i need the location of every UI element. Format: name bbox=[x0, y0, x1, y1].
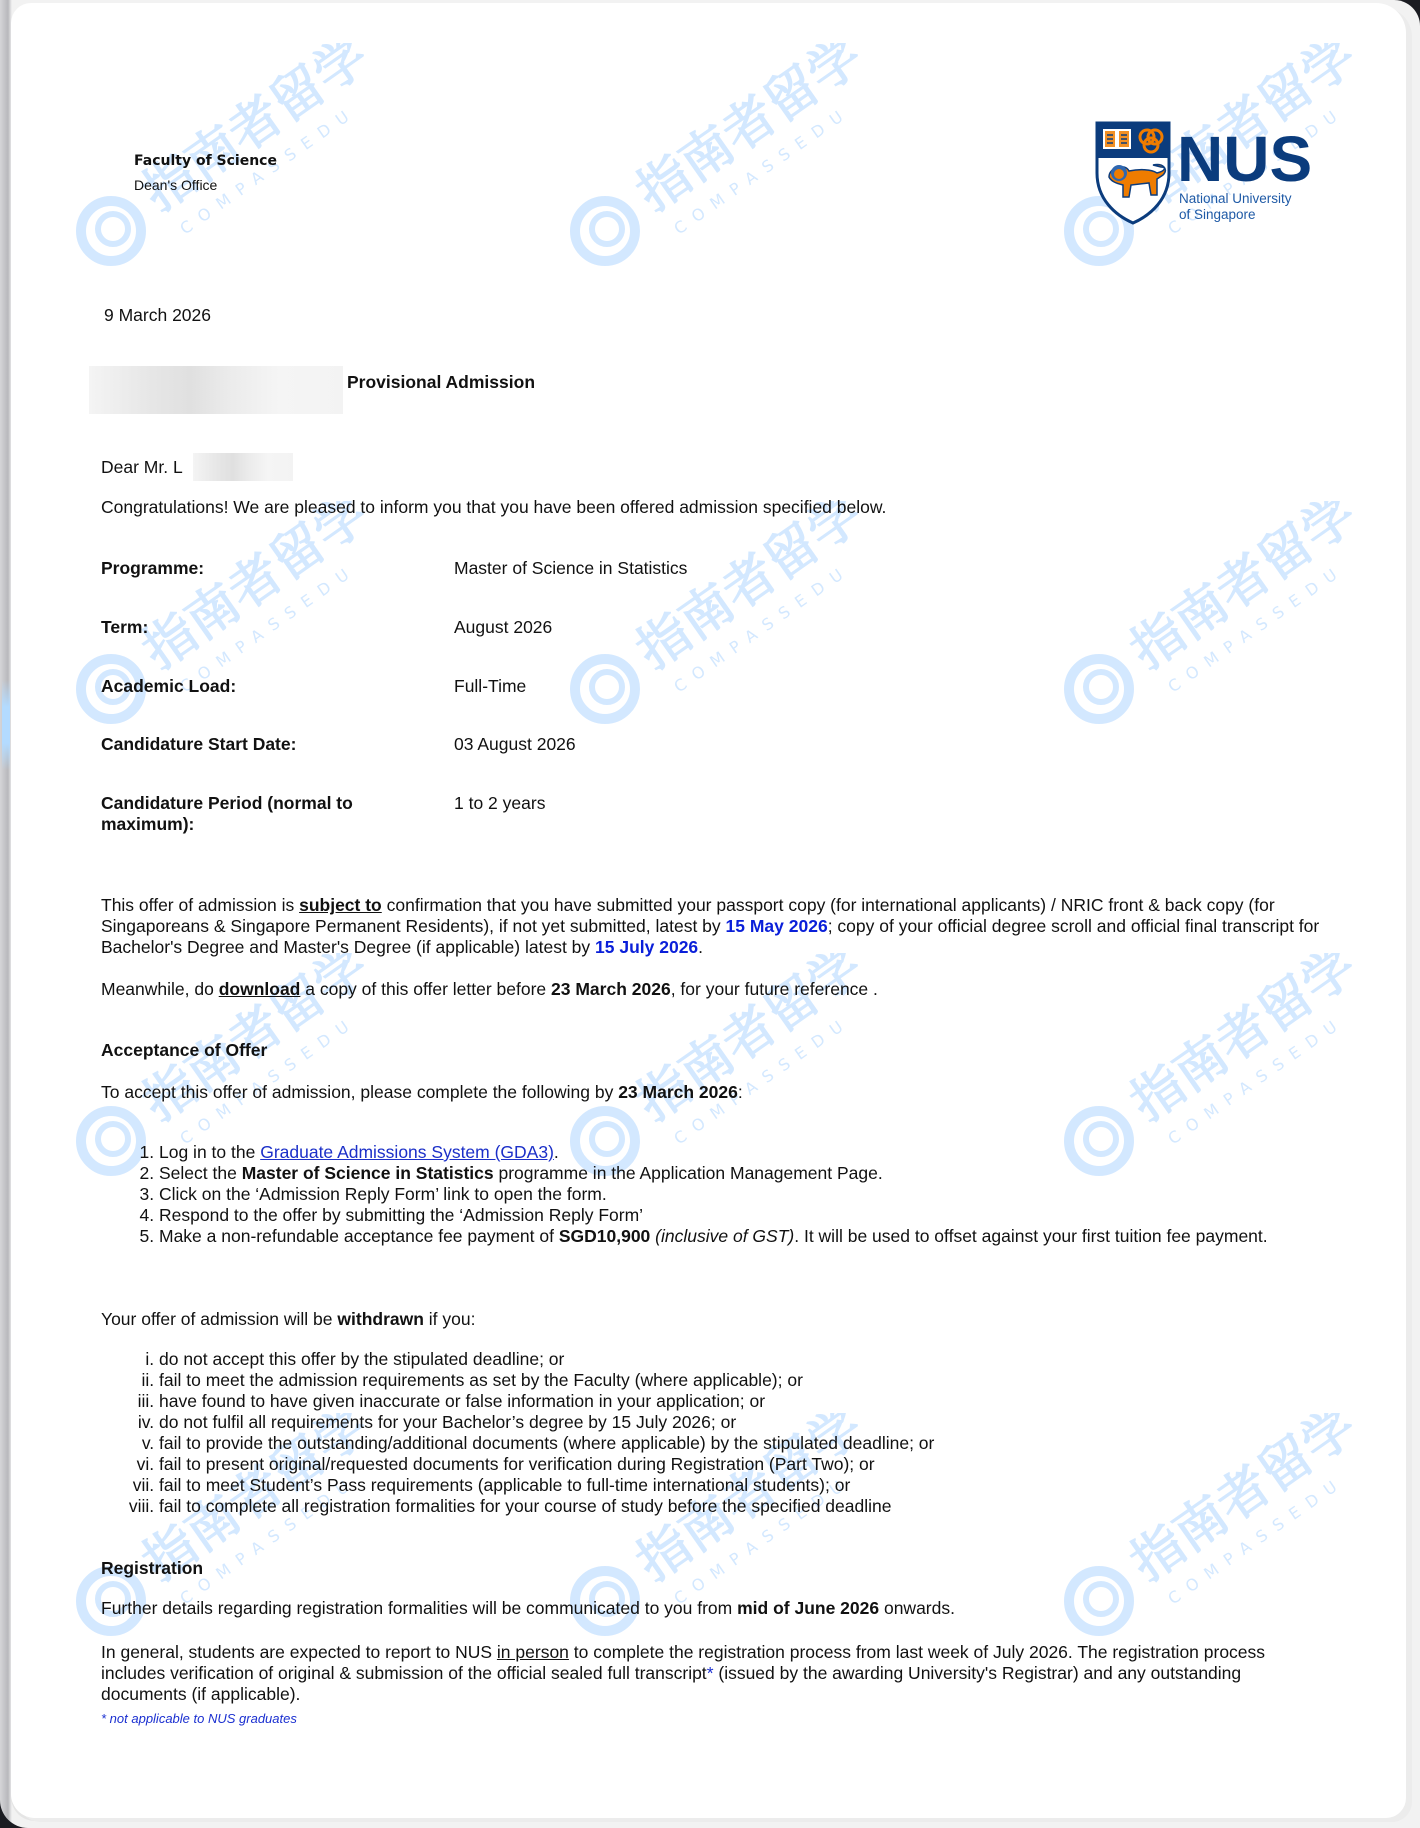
condition-item: do not accept this offer by the stipulat… bbox=[159, 1349, 1309, 1370]
redacted-applicant-id bbox=[89, 366, 343, 414]
withdrawal-intro: Your offer of admission will be withdraw… bbox=[101, 1309, 475, 1330]
letter-subject: Provisional Admission bbox=[347, 372, 535, 393]
watermark-logo-icon: 指南者留学COMPASSEDU bbox=[567, 43, 867, 273]
conditions-paragraph: This offer of admission is subject to co… bbox=[101, 895, 1331, 958]
step-item: Select the Master of Science in Statisti… bbox=[159, 1163, 1309, 1184]
condition-item: fail to present original/requested docum… bbox=[159, 1454, 1309, 1475]
svg-text:National University: National University bbox=[1179, 191, 1292, 206]
watermark-logo-icon: 指南者留学COMPASSEDU bbox=[567, 501, 867, 731]
detail-label: Academic Load: bbox=[101, 676, 236, 697]
svg-text:指南者留学: 指南者留学 bbox=[626, 501, 867, 682]
detail-value-period: 1 to 2 years bbox=[454, 793, 545, 814]
svg-text:COMPASSEDU: COMPASSEDU bbox=[670, 101, 854, 238]
scroll-indicator bbox=[2, 680, 10, 770]
step-item: Make a non-refundable acceptance fee pay… bbox=[159, 1226, 1309, 1247]
detail-label: Programme: bbox=[101, 558, 204, 579]
detail-value-term: August 2026 bbox=[454, 617, 552, 638]
detail-value-start-date: 03 August 2026 bbox=[454, 734, 576, 755]
svg-text:指南者留学: 指南者留学 bbox=[626, 43, 867, 224]
nus-logo: NUS National University of Singapore bbox=[1095, 121, 1335, 230]
step-item: Log in to the Graduate Admissions System… bbox=[159, 1142, 1309, 1163]
svg-text:COMPASSEDU: COMPASSEDU bbox=[176, 1011, 360, 1148]
svg-text:COMPASSEDU: COMPASSEDU bbox=[670, 1011, 854, 1148]
step-item: Click on the ‘Admission Reply Form’ link… bbox=[159, 1184, 1309, 1205]
intro-text: Congratulations! We are pleased to infor… bbox=[101, 497, 886, 518]
acceptance-intro: To accept this offer of admission, pleas… bbox=[101, 1082, 743, 1103]
registration-heading: Registration bbox=[101, 1558, 203, 1579]
detail-label: Term: bbox=[101, 617, 148, 638]
svg-text:COMPASSEDU: COMPASSEDU bbox=[1164, 559, 1348, 696]
watermark-logo-icon: 指南者留学COMPASSEDU bbox=[1061, 501, 1361, 731]
svg-text:NUS: NUS bbox=[1177, 123, 1312, 195]
svg-text:指南者留学: 指南者留学 bbox=[132, 501, 373, 682]
deadline-transcript: 15 July 2026 bbox=[595, 937, 698, 957]
office-name: Dean's Office bbox=[134, 175, 217, 196]
acceptance-heading: Acceptance of Offer bbox=[101, 1040, 267, 1061]
letter-date: 9 March 2026 bbox=[104, 305, 211, 326]
detail-label: Candidature Start Date: bbox=[101, 734, 296, 755]
download-deadline: 23 March 2026 bbox=[551, 979, 671, 999]
condition-item: do not fulfil all requirements for your … bbox=[159, 1412, 1309, 1433]
condition-item: fail to complete all registration formal… bbox=[159, 1496, 1309, 1517]
detail-value-load: Full-Time bbox=[454, 676, 526, 697]
step-item: Respond to the offer by submitting the ‘… bbox=[159, 1205, 1309, 1226]
acceptance-deadline: 23 March 2026 bbox=[618, 1082, 738, 1102]
footnote: * not applicable to NUS graduates bbox=[101, 1708, 297, 1729]
condition-item: fail to meet Student’s Pass requirements… bbox=[159, 1475, 1309, 1496]
gda3-link[interactable]: Graduate Admissions System (GDA3) bbox=[260, 1142, 554, 1162]
redacted-name bbox=[193, 453, 293, 481]
nus-crest-icon: NUS National University of Singapore bbox=[1095, 121, 1335, 225]
svg-text:指南者留学: 指南者留学 bbox=[132, 43, 373, 224]
svg-text:of Singapore: of Singapore bbox=[1179, 207, 1256, 222]
subject-to-emphasis: subject to bbox=[299, 895, 382, 915]
condition-item: fail to provide the outstanding/addition… bbox=[159, 1433, 1309, 1454]
condition-item: fail to meet the admission requirements … bbox=[159, 1370, 1309, 1391]
offer-letter-page: 指南者留学COMPASSEDU指南者留学COMPASSEDU指南者留学COMPA… bbox=[11, 3, 1406, 1818]
detail-value-programme: Master of Science in Statistics bbox=[454, 558, 687, 579]
download-reminder: Meanwhile, do download a copy of this of… bbox=[101, 979, 1331, 1000]
withdrawal-conditions: do not accept this offer by the stipulat… bbox=[159, 1349, 1309, 1517]
deadline-passport: 15 May 2026 bbox=[726, 916, 828, 936]
registration-details: In general, students are expected to rep… bbox=[101, 1642, 1331, 1705]
salutation: Dear Mr. L bbox=[101, 457, 183, 478]
acceptance-steps: Log in to the Graduate Admissions System… bbox=[159, 1142, 1309, 1247]
condition-item: have found to have given inaccurate or f… bbox=[159, 1391, 1309, 1412]
faculty-name: Faculty of Science bbox=[134, 151, 277, 172]
detail-label: Candidature Period (normal to bbox=[101, 793, 353, 814]
detail-label-cont: maximum): bbox=[101, 814, 194, 835]
registration-timing: Further details regarding registration f… bbox=[101, 1598, 955, 1619]
acceptance-fee: SGD10,900 bbox=[559, 1226, 650, 1246]
download-emphasis: download bbox=[219, 979, 301, 999]
svg-text:指南者留学: 指南者留学 bbox=[1120, 501, 1361, 682]
svg-text:COMPASSEDU: COMPASSEDU bbox=[670, 559, 854, 696]
svg-text:COMPASSEDU: COMPASSEDU bbox=[1164, 1011, 1348, 1148]
